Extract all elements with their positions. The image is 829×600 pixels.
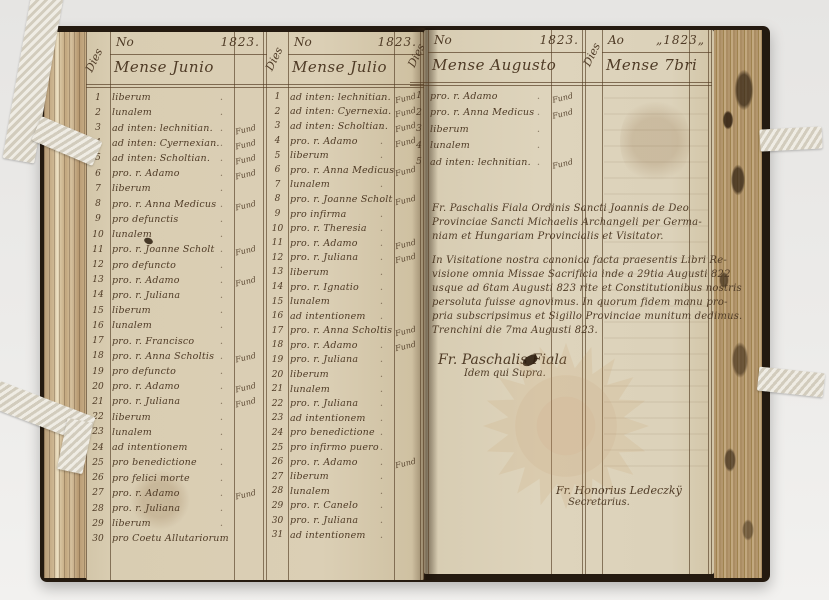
header-rule-line	[288, 54, 424, 55]
entry-dot: .	[220, 366, 223, 377]
numero-label: No	[116, 35, 134, 49]
entry-text: pro. r. Anna Medicus	[110, 199, 235, 210]
day-number: 30	[267, 516, 288, 526]
day-entry-row: 18 pro. r. Adamo . Fund	[267, 338, 424, 353]
day-entry-row: 26 pro felici morte .	[86, 470, 267, 485]
entry-dot: .	[220, 427, 223, 438]
day-number: 12	[86, 260, 110, 270]
day-number: 10	[86, 230, 110, 240]
day-number: 5	[267, 151, 288, 161]
note-line: visione omnia Missae Sacrificia inde a 2…	[432, 268, 742, 282]
entry-dot: .	[380, 325, 383, 336]
entry-dot: .	[380, 442, 383, 453]
entry-text: lunalem	[110, 427, 235, 438]
day-number: 11	[86, 245, 110, 255]
entry-dot: .	[380, 136, 383, 147]
entry-text: pro. r. Adamo	[110, 488, 235, 499]
fund-annotation: Fund	[234, 166, 267, 182]
day-number: 12	[267, 253, 288, 263]
entry-dot: .	[220, 412, 223, 423]
entries-list: 1 pro. r. Adamo . Fund 2 pro. r. Anna Me…	[410, 88, 586, 171]
fund-annotation	[235, 444, 266, 451]
entry-dot: .	[380, 252, 383, 263]
entry-dot: .	[380, 223, 383, 234]
entry-text: liberum	[110, 92, 235, 103]
entry-dot: .	[380, 311, 383, 322]
day-number: 24	[86, 443, 110, 453]
entry-dot: .	[380, 384, 383, 395]
entry-dot: .	[380, 267, 383, 278]
note-line: pria subscripsimus et Sigillo Provinciae…	[432, 310, 742, 324]
fund-annotation	[552, 142, 585, 150]
entry-dot: .	[380, 369, 383, 380]
entry-dot: .	[220, 138, 223, 149]
entry-text: pro. r. Juliana	[110, 290, 235, 301]
entry-dot: .	[537, 140, 540, 151]
dies-column-label: Dies	[263, 48, 284, 73]
day-entry-row: 21 pro. r. Juliana . Fund	[86, 394, 267, 409]
header-rule-line	[602, 52, 712, 53]
day-number: 28	[267, 486, 288, 496]
fund-annotation	[235, 94, 266, 101]
day-number: 14	[267, 282, 288, 292]
day-entry-row: 11 pro. r. Joanne Scholt . Fund	[86, 242, 267, 257]
entry-text: lunalem	[110, 107, 235, 118]
day-entry-row: 9 pro infirma .	[267, 207, 424, 222]
day-number: 20	[267, 370, 288, 380]
month-column-junio: Dies No 1823. Mense Junio 1 liberum . 2 …	[86, 32, 267, 580]
entry-dot: .	[220, 518, 223, 529]
day-entry-row: 20 pro. r. Adamo . Fund	[86, 379, 267, 394]
day-number: 27	[86, 488, 110, 498]
day-number: 8	[267, 194, 288, 204]
day-number: 3	[267, 121, 288, 131]
entry-dot: .	[380, 486, 383, 497]
day-entry-row: 8 pro. r. Anna Medicus . Fund	[86, 197, 267, 212]
day-number: 17	[267, 326, 288, 336]
entry-text: liberum	[110, 305, 235, 316]
fund-annotation	[235, 307, 266, 314]
day-entry-row: 2 lunalem .	[86, 105, 267, 120]
header-rule-line	[410, 85, 586, 86]
fund-annotation: Fund	[234, 151, 267, 167]
entry-dot: .	[220, 168, 223, 179]
header-rule-line	[586, 82, 712, 83]
header-rule-line	[86, 84, 267, 85]
entry-text: lunalem	[428, 140, 552, 151]
entry-dot: .	[380, 500, 383, 511]
day-number: 18	[267, 340, 288, 350]
header-rule-line	[267, 87, 424, 88]
day-entry-row: 16 ad intentionem .	[267, 309, 424, 324]
day-number: 25	[86, 458, 110, 468]
entry-dot: .	[380, 121, 383, 132]
entry-dot: .	[380, 413, 383, 424]
entry-dot: .	[220, 244, 223, 255]
entry-text: pro. r. Francisco	[110, 336, 235, 347]
day-number: 15	[86, 306, 110, 316]
fund-annotation	[235, 261, 266, 268]
entry-dot: .	[380, 106, 383, 117]
day-entry-row: 29 liberum .	[86, 516, 267, 531]
entry-text: pro benedictione	[110, 457, 235, 468]
header-rule-line	[267, 84, 424, 85]
day-entry-row: 30 pro Coetu Allutariorum .	[86, 531, 267, 546]
entry-dot: .	[380, 340, 383, 351]
day-entry-row: 6 pro. r. Anna Medicus . Fund	[267, 163, 424, 178]
day-entry-row: 27 liberum .	[267, 469, 424, 484]
month-title: Mense Augusto	[428, 56, 586, 82]
day-entry-row: 17 pro. r. Anna Scholtis . Fund	[267, 324, 424, 339]
day-entry-row: 8 pro. r. Joanne Scholt . Fund	[267, 192, 424, 207]
entry-text: pro felici morte	[110, 473, 235, 484]
day-entry-row: 25 pro benedictione .	[86, 455, 267, 470]
fund-annotation: Fund	[551, 88, 586, 104]
entry-dot: .	[380, 427, 383, 438]
day-number: 16	[86, 321, 110, 331]
note-line: niam et Hungariam Provincialis et Visita…	[432, 230, 702, 244]
entry-text: pro. r. Juliana	[110, 396, 235, 407]
day-entry-row: 28 lunalem .	[267, 484, 424, 499]
day-number: 4	[267, 136, 288, 146]
entry-text: ad intentionem	[110, 442, 235, 453]
fund-annotation: Fund	[234, 242, 267, 258]
day-number: 29	[86, 519, 110, 529]
entry-dot: .	[380, 398, 383, 409]
entry-text: pro. r. Joanne Scholt	[110, 244, 235, 255]
day-number: 19	[86, 367, 110, 377]
month-column-julio: Dies No 1823. Mense Julio 1 ad inten: le…	[267, 32, 424, 580]
fund-annotation	[235, 109, 266, 116]
entry-dot: .	[380, 354, 383, 365]
day-entry-row: 18 pro. r. Anna Scholtis . Fund	[86, 349, 267, 364]
fund-annotation: Fund	[234, 196, 267, 212]
day-number: 20	[86, 382, 110, 392]
day-entry-row: 5 ad inten: Scholtian. . Fund	[86, 151, 267, 166]
day-number: 1	[410, 91, 428, 101]
entry-dot: .	[380, 238, 383, 249]
entry-dot: .	[380, 194, 383, 205]
day-entry-row: 6 pro. r. Adamo . Fund	[86, 166, 267, 181]
entry-dot: .	[380, 471, 383, 482]
note-line: persoluta fuisse agnovimus. In quorum fi…	[432, 296, 742, 310]
day-entry-row: 31 ad intentionem .	[267, 528, 424, 543]
entries-list: 1 liberum . 2 lunalem . 3 ad inten: lech…	[86, 90, 267, 547]
entry-text: pro. r. Juliana	[110, 503, 235, 514]
day-entry-row: 30 pro. r. Juliana .	[267, 513, 424, 528]
day-number: 1	[267, 92, 288, 102]
entry-text: pro. r. Adamo	[428, 91, 552, 102]
header-rule-line	[428, 52, 586, 53]
entry-dot: .	[220, 473, 223, 484]
entry-text: pro defuncto	[110, 366, 235, 377]
day-entry-row: 24 pro benedictione .	[267, 426, 424, 441]
entry-text: lunalem	[110, 229, 235, 240]
day-entry-row: 3 ad inten: lechnitian. . Fund	[86, 120, 267, 135]
day-entry-row: 7 liberum .	[86, 181, 267, 196]
entry-dot: .	[220, 533, 223, 544]
day-number: 19	[267, 355, 288, 365]
entry-text: pro. r. Anna Medicus	[428, 107, 552, 118]
column-header-row: No 1823.	[428, 32, 586, 52]
entry-text: liberum	[110, 183, 235, 194]
day-number: 16	[267, 311, 288, 321]
fund-annotation	[235, 535, 266, 542]
entry-dot: .	[537, 91, 540, 102]
fund-annotation	[235, 414, 266, 421]
note-line: Trenchini die 7ma Augusti 823.	[432, 324, 742, 338]
day-entry-row: 24 ad intentionem .	[86, 440, 267, 455]
day-number: 9	[86, 214, 110, 224]
entries-list: 1 ad inten: lechnitian. . Fund 2 ad inte…	[267, 90, 424, 542]
entry-dot: .	[380, 92, 383, 103]
fund-annotation	[235, 338, 266, 345]
entry-text: pro. r. Anna Scholtis	[110, 351, 235, 362]
day-entry-row: 9 pro defunctis .	[86, 212, 267, 227]
entry-text: liberum	[428, 124, 552, 135]
day-number: 26	[86, 473, 110, 483]
note-line: In Visitatione nostra canonica facta pra…	[432, 254, 742, 268]
day-entry-row: 14 pro. r. Ignatio .	[267, 280, 424, 295]
day-number: 1	[86, 93, 110, 103]
entry-dot: .	[220, 214, 223, 225]
day-number: 29	[267, 501, 288, 511]
entry-dot: .	[220, 107, 223, 118]
day-number: 2	[86, 108, 110, 118]
day-number: 24	[267, 428, 288, 438]
fund-annotation: Fund	[234, 485, 267, 501]
day-entry-row: 23 lunalem .	[86, 425, 267, 440]
note-line: Provinciae Sancti Michaelis Archangeli p…	[432, 216, 702, 230]
fund-annotation	[235, 505, 266, 512]
cloth-tie-ribbon	[759, 126, 822, 151]
day-number: 9	[267, 209, 288, 219]
day-entry-row: 4 lunalem .	[410, 138, 586, 155]
day-number: 21	[86, 397, 110, 407]
fund-annotation	[235, 368, 266, 375]
fund-annotation	[235, 520, 266, 527]
entry-dot: .	[220, 351, 223, 362]
entry-text: lunalem	[110, 320, 235, 331]
day-entry-row: 5 ad inten: lechnitian. . Fund	[410, 154, 586, 171]
fund-annotation	[235, 429, 266, 436]
entry-text: ad inten: lechnitian.	[428, 157, 552, 168]
entry-dot: .	[220, 153, 223, 164]
day-number: 17	[86, 336, 110, 346]
entry-text: pro. r. Adamo	[110, 168, 235, 179]
day-entry-row: 1 ad inten: lechnitian. . Fund	[267, 90, 424, 105]
entry-text: pro Coetu Allutariorum	[110, 533, 235, 544]
day-number: 23	[267, 413, 288, 423]
header-rule-line	[410, 82, 586, 83]
fund-annotation: Fund	[234, 135, 267, 151]
day-entry-row: 15 liberum .	[86, 303, 267, 318]
fund-annotation: Fund	[234, 394, 267, 410]
wax-seal-stain	[478, 338, 654, 514]
entry-dot: .	[220, 396, 223, 407]
day-entry-row: 29 pro. r. Canelo .	[267, 499, 424, 514]
day-entry-row: 2 pro. r. Anna Medicus . Fund	[410, 105, 586, 122]
day-entry-row: 2 ad inten: Cyernexia. . Fund	[267, 105, 424, 120]
year-label: 1823.	[540, 33, 579, 47]
day-number: 6	[86, 169, 110, 179]
entry-text: ad inten: Scholtian.	[110, 153, 235, 164]
fund-annotation: Fund	[234, 272, 267, 288]
day-number: 14	[86, 290, 110, 300]
day-entry-row: 11 pro. r. Adamo . Fund	[267, 236, 424, 251]
day-entry-row: 13 pro. r. Adamo . Fund	[86, 273, 267, 288]
entry-dot: .	[220, 290, 223, 301]
day-entry-row: 1 liberum .	[86, 90, 267, 105]
entry-dot: .	[380, 165, 383, 176]
day-number: 31	[267, 530, 288, 540]
entry-dot: .	[380, 296, 383, 307]
day-entry-row: 22 pro. r. Juliana .	[267, 396, 424, 411]
day-entry-row: 1 pro. r. Adamo . Fund	[410, 88, 586, 105]
entry-text: pro defunctis	[110, 214, 235, 225]
fund-annotation: Fund	[551, 154, 586, 170]
day-number: 13	[86, 275, 110, 285]
day-entry-row: 10 lunalem .	[86, 227, 267, 242]
fund-annotation	[235, 231, 266, 238]
entry-dot: .	[220, 183, 223, 194]
day-entry-row: 7 lunalem .	[267, 178, 424, 193]
day-number: 26	[267, 457, 288, 467]
day-entry-row: 21 lunalem .	[267, 382, 424, 397]
day-number: 28	[86, 504, 110, 514]
fund-annotation	[552, 125, 585, 133]
day-entry-row: 26 pro. r. Adamo . Fund	[267, 455, 424, 470]
day-number: 3	[410, 124, 428, 134]
day-entry-row: 23 ad intentionem .	[267, 411, 424, 426]
day-entry-row: 22 liberum .	[86, 410, 267, 425]
day-number: 4	[410, 141, 428, 151]
day-entry-row: 12 pro. r. Juliana . Fund	[267, 251, 424, 266]
day-entry-row: 14 pro. r. Juliana .	[86, 288, 267, 303]
day-entry-row: 5 liberum .	[267, 148, 424, 163]
numero-label: No	[434, 33, 452, 47]
entry-dot: .	[537, 124, 540, 135]
fund-annotation: Fund	[234, 348, 267, 364]
header-rule-line	[586, 85, 712, 86]
header-rule-line	[110, 54, 267, 55]
fund-annotation	[235, 322, 266, 329]
fund-annotation	[235, 185, 266, 192]
day-entry-row: 19 pro. r. Juliana .	[267, 353, 424, 368]
entry-dot: .	[220, 457, 223, 468]
entry-dot: .	[220, 123, 223, 134]
entry-dot: .	[220, 488, 223, 499]
day-number: 7	[267, 180, 288, 190]
fund-annotation	[235, 216, 266, 223]
fund-annotation: Fund	[234, 120, 267, 136]
entry-dot: .	[220, 336, 223, 347]
entry-text: ad inten: Cyernexian.	[110, 138, 235, 149]
entry-dot: .	[380, 457, 383, 468]
day-number: 10	[267, 224, 288, 234]
entry-dot: .	[220, 229, 223, 240]
day-number: 11	[267, 238, 288, 248]
header-rule-line	[86, 87, 267, 88]
entry-dot: .	[220, 92, 223, 103]
fund-annotation	[235, 459, 266, 466]
note-line: Fr. Paschalis Fiala Ordinis Sancti Joann…	[432, 202, 702, 216]
entry-dot: .	[380, 282, 383, 293]
day-number: 3	[86, 123, 110, 133]
day-number: 5	[410, 157, 428, 167]
month-title: Mense Julio	[288, 58, 424, 84]
entry-dot: .	[220, 503, 223, 514]
entry-text: liberum	[110, 518, 235, 529]
month-title: Mense Junio	[110, 58, 267, 84]
entry-dot: .	[220, 275, 223, 286]
fund-annotation	[235, 292, 266, 299]
day-entry-row: 20 liberum .	[267, 367, 424, 382]
day-entry-row: 4 pro. r. Adamo . Fund	[267, 134, 424, 149]
month-title: Mense 7bri	[602, 56, 712, 82]
column-header-row: Ao „1823„	[602, 32, 712, 52]
entry-text: ad inten: lechnitian.	[110, 123, 235, 134]
entry-dot: .	[220, 305, 223, 316]
fund-annotation: Fund	[234, 379, 267, 395]
numero-label: No	[294, 35, 312, 49]
entry-dot: .	[380, 179, 383, 190]
day-number: 8	[86, 199, 110, 209]
entry-text: liberum	[110, 412, 235, 423]
fund-annotation	[235, 474, 266, 481]
day-number: 30	[86, 534, 110, 544]
day-entry-row: 28 pro. r. Juliana .	[86, 501, 267, 516]
day-number: 13	[267, 267, 288, 277]
entry-dot: .	[220, 442, 223, 453]
day-number: 7	[86, 184, 110, 194]
day-entry-row: 25 pro infirmo puero .	[267, 440, 424, 455]
day-entry-row: 3 ad inten: Scholtian. . Fund	[267, 119, 424, 134]
year-label: 1823.	[221, 35, 260, 49]
day-entry-row: 27 pro. r. Adamo . Fund	[86, 486, 267, 501]
entry-dot: .	[220, 260, 223, 271]
fund-annotation: Fund	[551, 105, 586, 121]
note-line: usque ad 6tam Augusti 823 rite et Consti…	[432, 282, 742, 296]
entry-dot: .	[380, 530, 383, 541]
visitation-note-paragraph-2: In Visitatione nostra canonica facta pra…	[432, 254, 742, 338]
day-number: 2	[267, 107, 288, 117]
day-number: 15	[267, 297, 288, 307]
day-entry-row: 16 lunalem .	[86, 318, 267, 333]
column-header-row: No 1823.	[110, 34, 267, 54]
entry-dot: .	[220, 381, 223, 392]
day-entry-row: 4 ad inten: Cyernexian. . Fund	[86, 136, 267, 151]
day-number: 18	[86, 351, 110, 361]
manuscript-photo: Dies No 1823. Mense Junio 1 liberum . 2 …	[0, 0, 829, 600]
entry-text: pro. r. Adamo	[110, 275, 235, 286]
column-header-row: No 1823.	[288, 34, 424, 54]
day-entry-row: 19 pro defuncto .	[86, 364, 267, 379]
left-page-edges	[44, 32, 88, 578]
day-entry-row: 13 liberum .	[267, 265, 424, 280]
entry-dot: .	[537, 157, 540, 168]
day-entry-row: 3 liberum .	[410, 121, 586, 138]
entry-dot: .	[220, 320, 223, 331]
entry-text: pro. r. Adamo	[110, 381, 235, 392]
entry-dot: .	[220, 199, 223, 210]
day-entry-row: 15 lunalem .	[267, 294, 424, 309]
year-label: „1823„	[656, 33, 705, 47]
day-number: 25	[267, 443, 288, 453]
entry-text: pro defuncto	[110, 260, 235, 271]
day-entry-row: 12 pro defuncto .	[86, 257, 267, 272]
entry-dot: .	[380, 150, 383, 161]
